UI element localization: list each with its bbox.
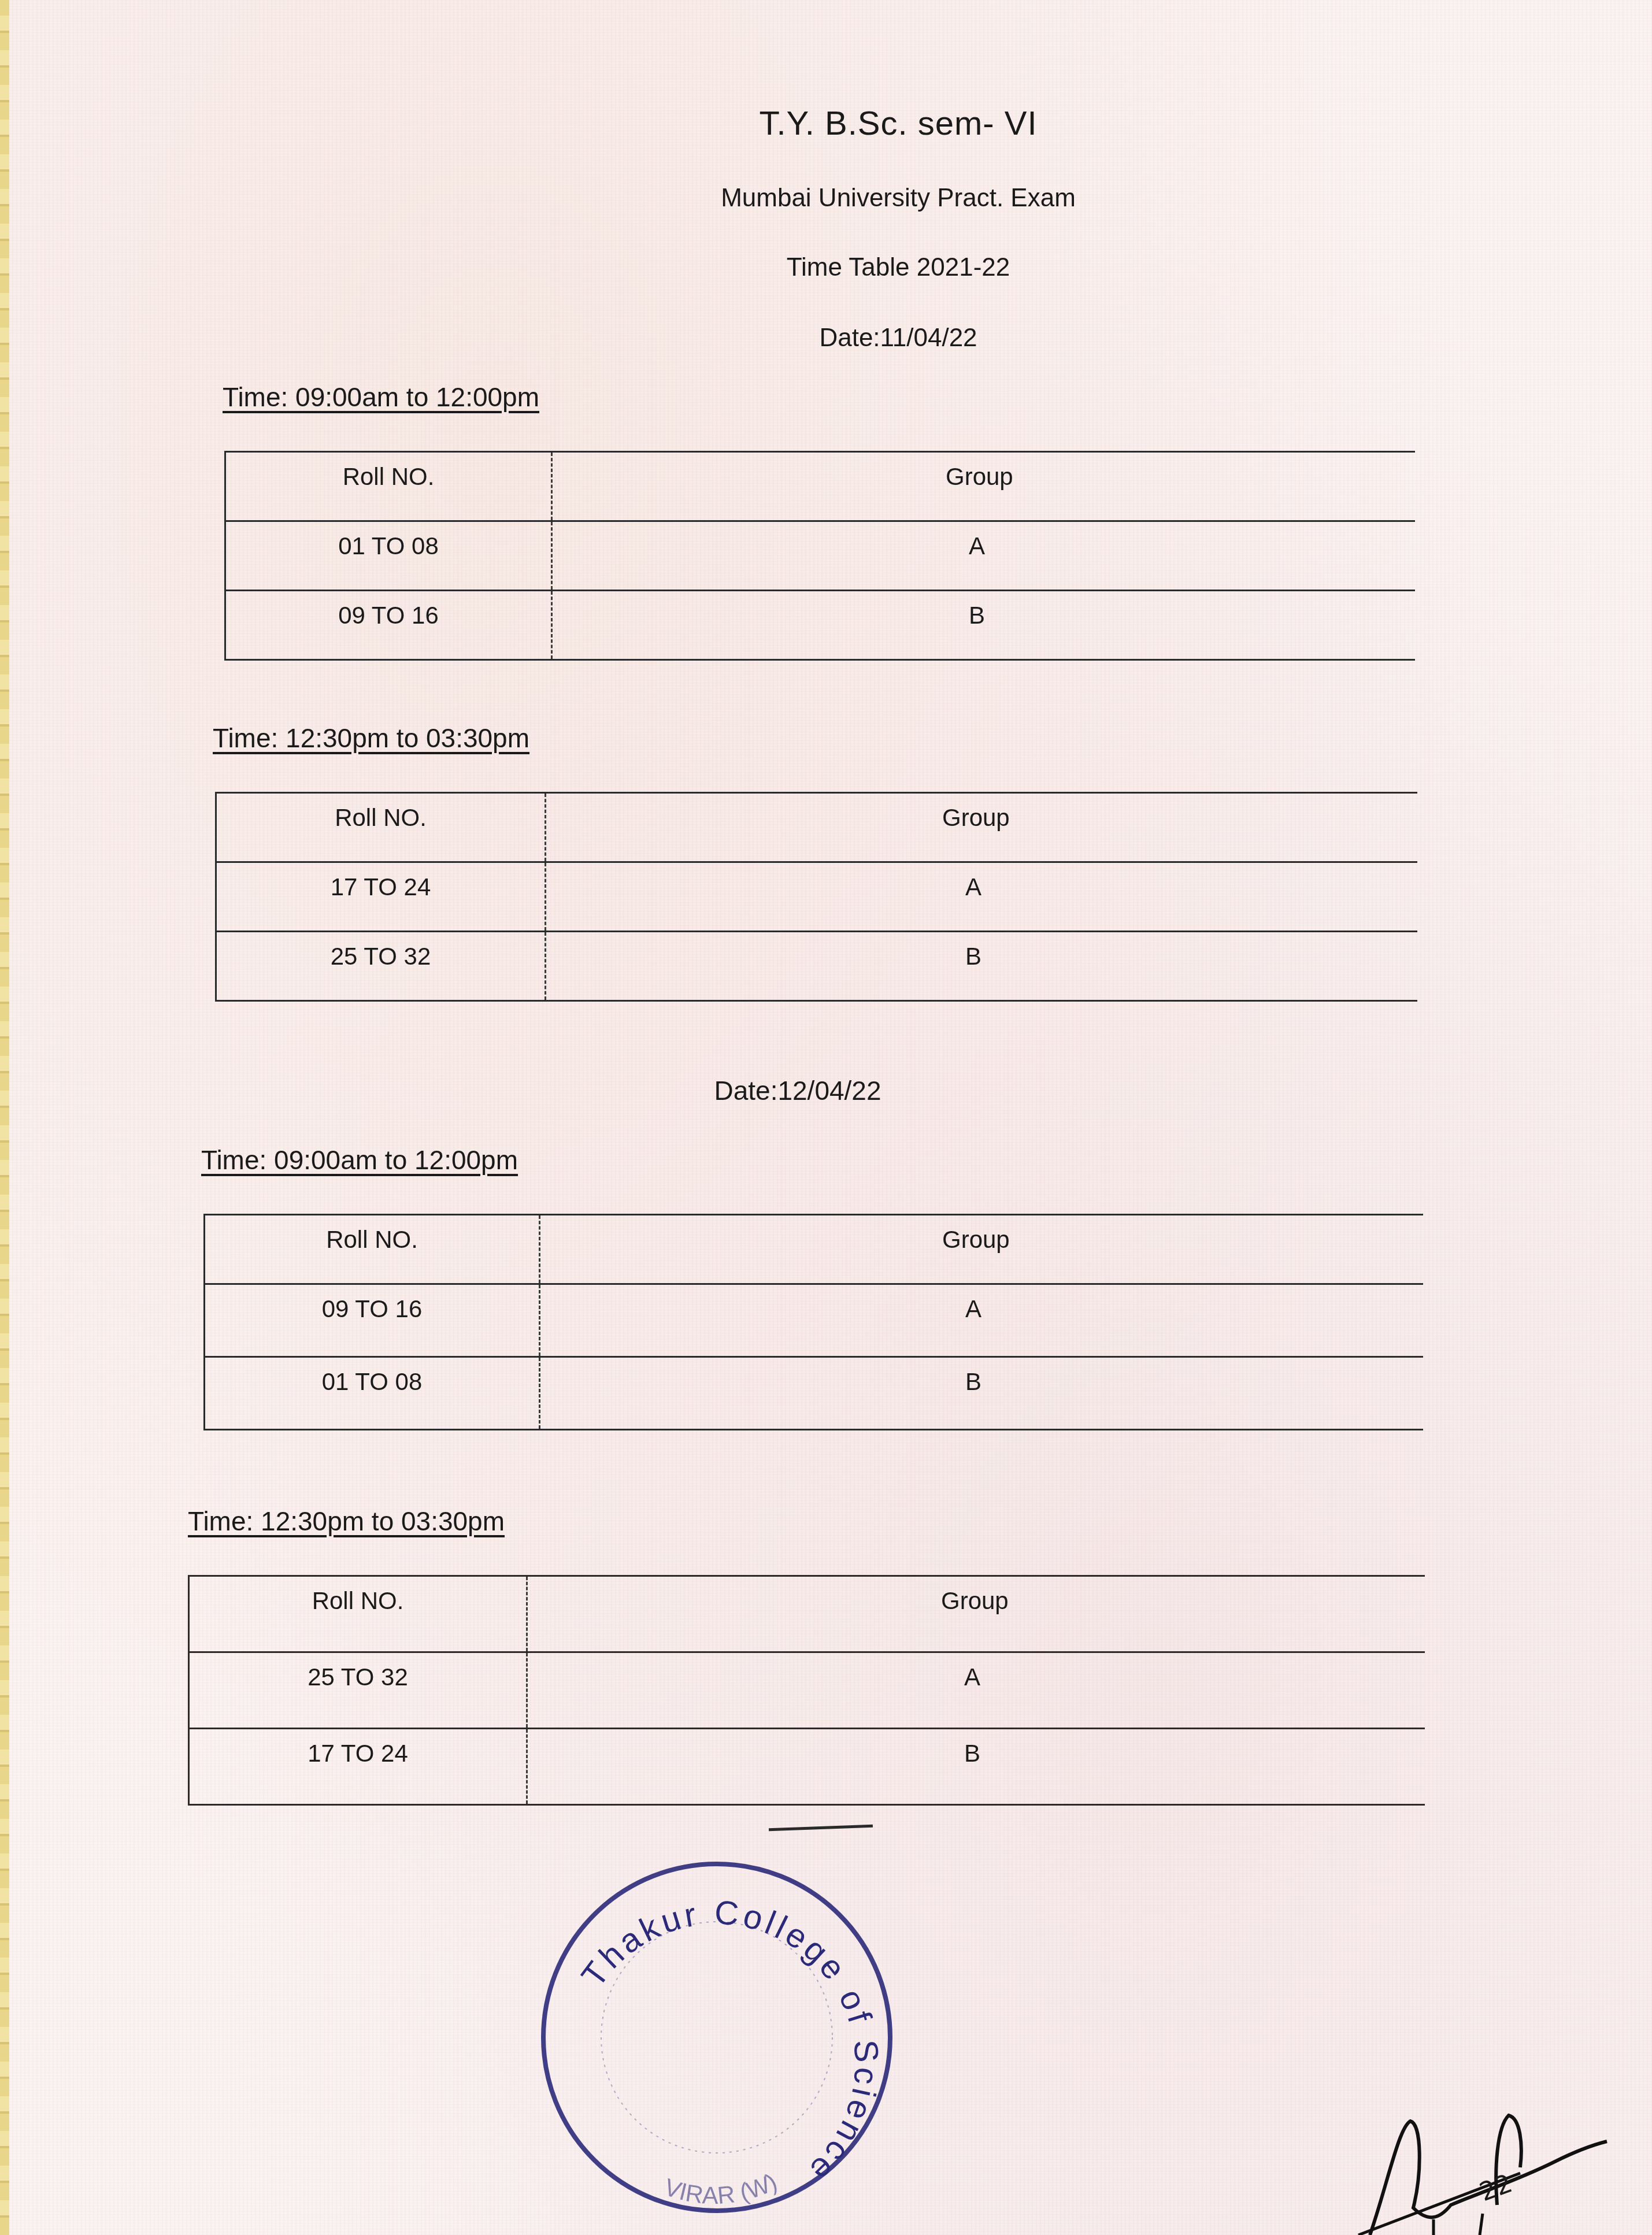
- group-cell: A: [527, 1652, 1425, 1729]
- time-heading-day2-session1: Time: 09:00am to 12:00pm: [201, 1144, 518, 1176]
- schedule-table-day2-session1: Roll NO. Group 09 TO 16 A 01 TO 08 B: [203, 1214, 1423, 1430]
- roll-cell: 17 TO 24: [189, 1729, 527, 1805]
- date-heading-day-2: Date:12/04/22: [636, 1075, 960, 1106]
- table-header-row: Roll NO. Group: [189, 1576, 1425, 1652]
- table-row: 09 TO 16 B: [225, 591, 1416, 660]
- timetable-label: Time Table 2021-22: [0, 253, 1652, 282]
- schedule-table-day1-session2: Roll NO. Group 17 TO 24 A 25 TO 32 B: [215, 792, 1417, 1002]
- svg-text:Thakur College of Science: Thakur College of Science: [574, 1893, 886, 2191]
- roll-cell: 09 TO 16: [225, 591, 552, 660]
- table-row: 25 TO 32 A: [189, 1652, 1425, 1729]
- group-cell: A: [546, 862, 1418, 932]
- roll-cell: 25 TO 32: [216, 932, 546, 1001]
- group-cell: B: [552, 591, 1416, 660]
- table-header-row: Roll NO. Group: [225, 452, 1416, 521]
- document-subtitle: Mumbai University Pract. Exam: [0, 184, 1652, 213]
- schedule-table-day2-session2: Roll NO. Group 25 TO 32 A 17 TO 24 B: [188, 1575, 1425, 1806]
- column-header-group: Group: [540, 1215, 1424, 1284]
- column-header-roll: Roll NO.: [189, 1576, 527, 1652]
- time-heading-day1-session1: Time: 09:00am to 12:00pm: [223, 381, 539, 413]
- column-header-group: Group: [527, 1576, 1425, 1652]
- table-row: 01 TO 08 A: [225, 521, 1416, 591]
- signature-line: [769, 1825, 873, 1831]
- group-cell: B: [546, 932, 1418, 1001]
- group-cell: B: [527, 1729, 1425, 1805]
- roll-cell: 01 TO 08: [225, 521, 552, 591]
- table-row: 09 TO 16 A: [205, 1284, 1424, 1357]
- group-cell: A: [540, 1284, 1424, 1357]
- schedule-table-day1-session1: Roll NO. Group 01 TO 08 A 09 TO 16 B: [224, 451, 1415, 661]
- roll-cell: 09 TO 16: [205, 1284, 540, 1357]
- table-header-row: Roll NO. Group: [205, 1215, 1424, 1284]
- document-title: T.Y. B.Sc. sem- VI: [0, 104, 1652, 143]
- time-heading-day2-session2: Time: 12:30pm to 03:30pm: [188, 1506, 505, 1537]
- column-header-roll: Roll NO.: [225, 452, 552, 521]
- roll-cell: 17 TO 24: [216, 862, 546, 932]
- column-header-group: Group: [552, 452, 1416, 521]
- table-header-row: Roll NO. Group: [216, 793, 1418, 862]
- column-header-roll: Roll NO.: [216, 793, 546, 862]
- date-heading-day-1: Date:11/04/22: [0, 324, 1652, 353]
- column-header-group: Group: [546, 793, 1418, 862]
- column-header-roll: Roll NO.: [205, 1215, 540, 1284]
- roll-cell: 01 TO 08: [205, 1357, 540, 1430]
- table-row: 01 TO 08 B: [205, 1357, 1424, 1430]
- table-row: 25 TO 32 B: [216, 932, 1418, 1001]
- table-row: 17 TO 24 B: [189, 1729, 1425, 1805]
- roll-cell: 25 TO 32: [189, 1652, 527, 1729]
- table-row: 17 TO 24 A: [216, 862, 1418, 932]
- time-heading-day1-session2: Time: 12:30pm to 03:30pm: [213, 722, 529, 754]
- group-cell: A: [552, 521, 1416, 591]
- signature-icon: [1347, 2081, 1652, 2235]
- college-stamp-icon: Thakur College of Science VIRAR (W): [529, 1849, 905, 2225]
- group-cell: B: [540, 1357, 1424, 1430]
